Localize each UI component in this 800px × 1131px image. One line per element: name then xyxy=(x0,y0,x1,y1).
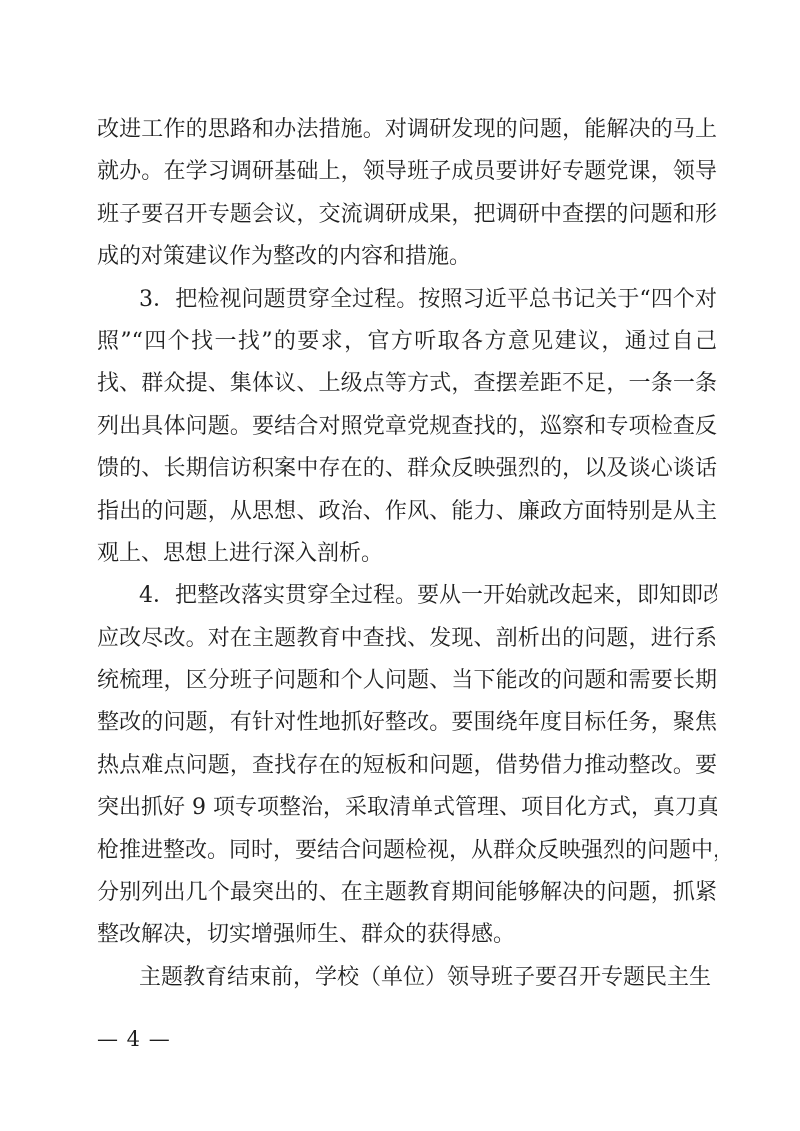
text-line: 突出抓好 9 项专项整治，采取清单式管理、项目化方式，真刀真 xyxy=(97,787,717,829)
text-line: 分别列出几个最突出的、在主题教育期间能够解决的问题，抓紧 xyxy=(97,872,717,914)
document-body: 改进工作的思路和办法措施。对调研发现的问题，能解决的马上 就办。在学习调研基础上… xyxy=(97,109,717,999)
text-line: 热点难点问题，查找存在的短板和问题，借势借力推动整改。要 xyxy=(97,745,717,787)
text-line: 列出具体问题。要结合对照党章党规查找的，巡察和专项检查反 xyxy=(97,406,717,448)
text-line: 3．把检视问题贯穿全过程。按照习近平总书记关于“四个对 xyxy=(97,279,717,321)
text-line: 整改的问题，有针对性地抓好整改。要围绕年度目标任务，聚焦 xyxy=(97,702,717,744)
text-line: 枪推进整改。同时，要结合问题检视，从群众反映强烈的问题中， xyxy=(97,830,717,872)
paragraph: 主题教育结束前，学校（单位）领导班子要召开专题民主生 xyxy=(97,957,717,999)
text-line: 照”“四个找一找”的要求，官方听取各方意见建议，通过自己 xyxy=(97,321,717,363)
text-line: 指出的问题，从思想、政治、作风、能力、廉政方面特别是从主 xyxy=(97,491,717,533)
paragraph: 3．把检视问题贯穿全过程。按照习近平总书记关于“四个对 照”“四个找一找”的要求… xyxy=(97,279,717,576)
text-line: 4．把整改落实贯穿全过程。要从一开始就改起来，即知即改、 xyxy=(97,575,717,617)
document-page: 改进工作的思路和办法措施。对调研发现的问题，能解决的马上 就办。在学习调研基础上… xyxy=(0,0,800,1131)
page-number: — 4 — xyxy=(97,1018,171,1060)
text-line: 统梳理，区分班子问题和个人问题、当下能改的问题和需要长期 xyxy=(97,660,717,702)
text-line: 就办。在学习调研基础上，领导班子成员要讲好专题党课，领导 xyxy=(97,151,717,193)
text-line: 主题教育结束前，学校（单位）领导班子要召开专题民主生 xyxy=(97,957,717,999)
text-line: 观上、思想上进行深入剖析。 xyxy=(97,533,717,575)
text-line: 改进工作的思路和办法措施。对调研发现的问题，能解决的马上 xyxy=(97,109,717,151)
text-line: 找、群众提、集体议、上级点等方式，查摆差距不足，一条一条 xyxy=(97,363,717,405)
text-line: 班子要召开专题会议，交流调研成果，把调研中查摆的问题和形 xyxy=(97,194,717,236)
paragraph: 改进工作的思路和办法措施。对调研发现的问题，能解决的马上 就办。在学习调研基础上… xyxy=(97,109,717,279)
paragraph: 4．把整改落实贯穿全过程。要从一开始就改起来，即知即改、 应改尽改。对在主题教育… xyxy=(97,575,717,957)
text-line: 馈的、长期信访积案中存在的、群众反映强烈的，以及谈心谈话 xyxy=(97,448,717,490)
text-line: 应改尽改。对在主题教育中查找、发现、剖析出的问题，进行系 xyxy=(97,618,717,660)
text-line: 整改解决，切实增强师生、群众的获得感。 xyxy=(97,914,717,956)
text-line: 成的对策建议作为整改的内容和措施。 xyxy=(97,236,717,278)
